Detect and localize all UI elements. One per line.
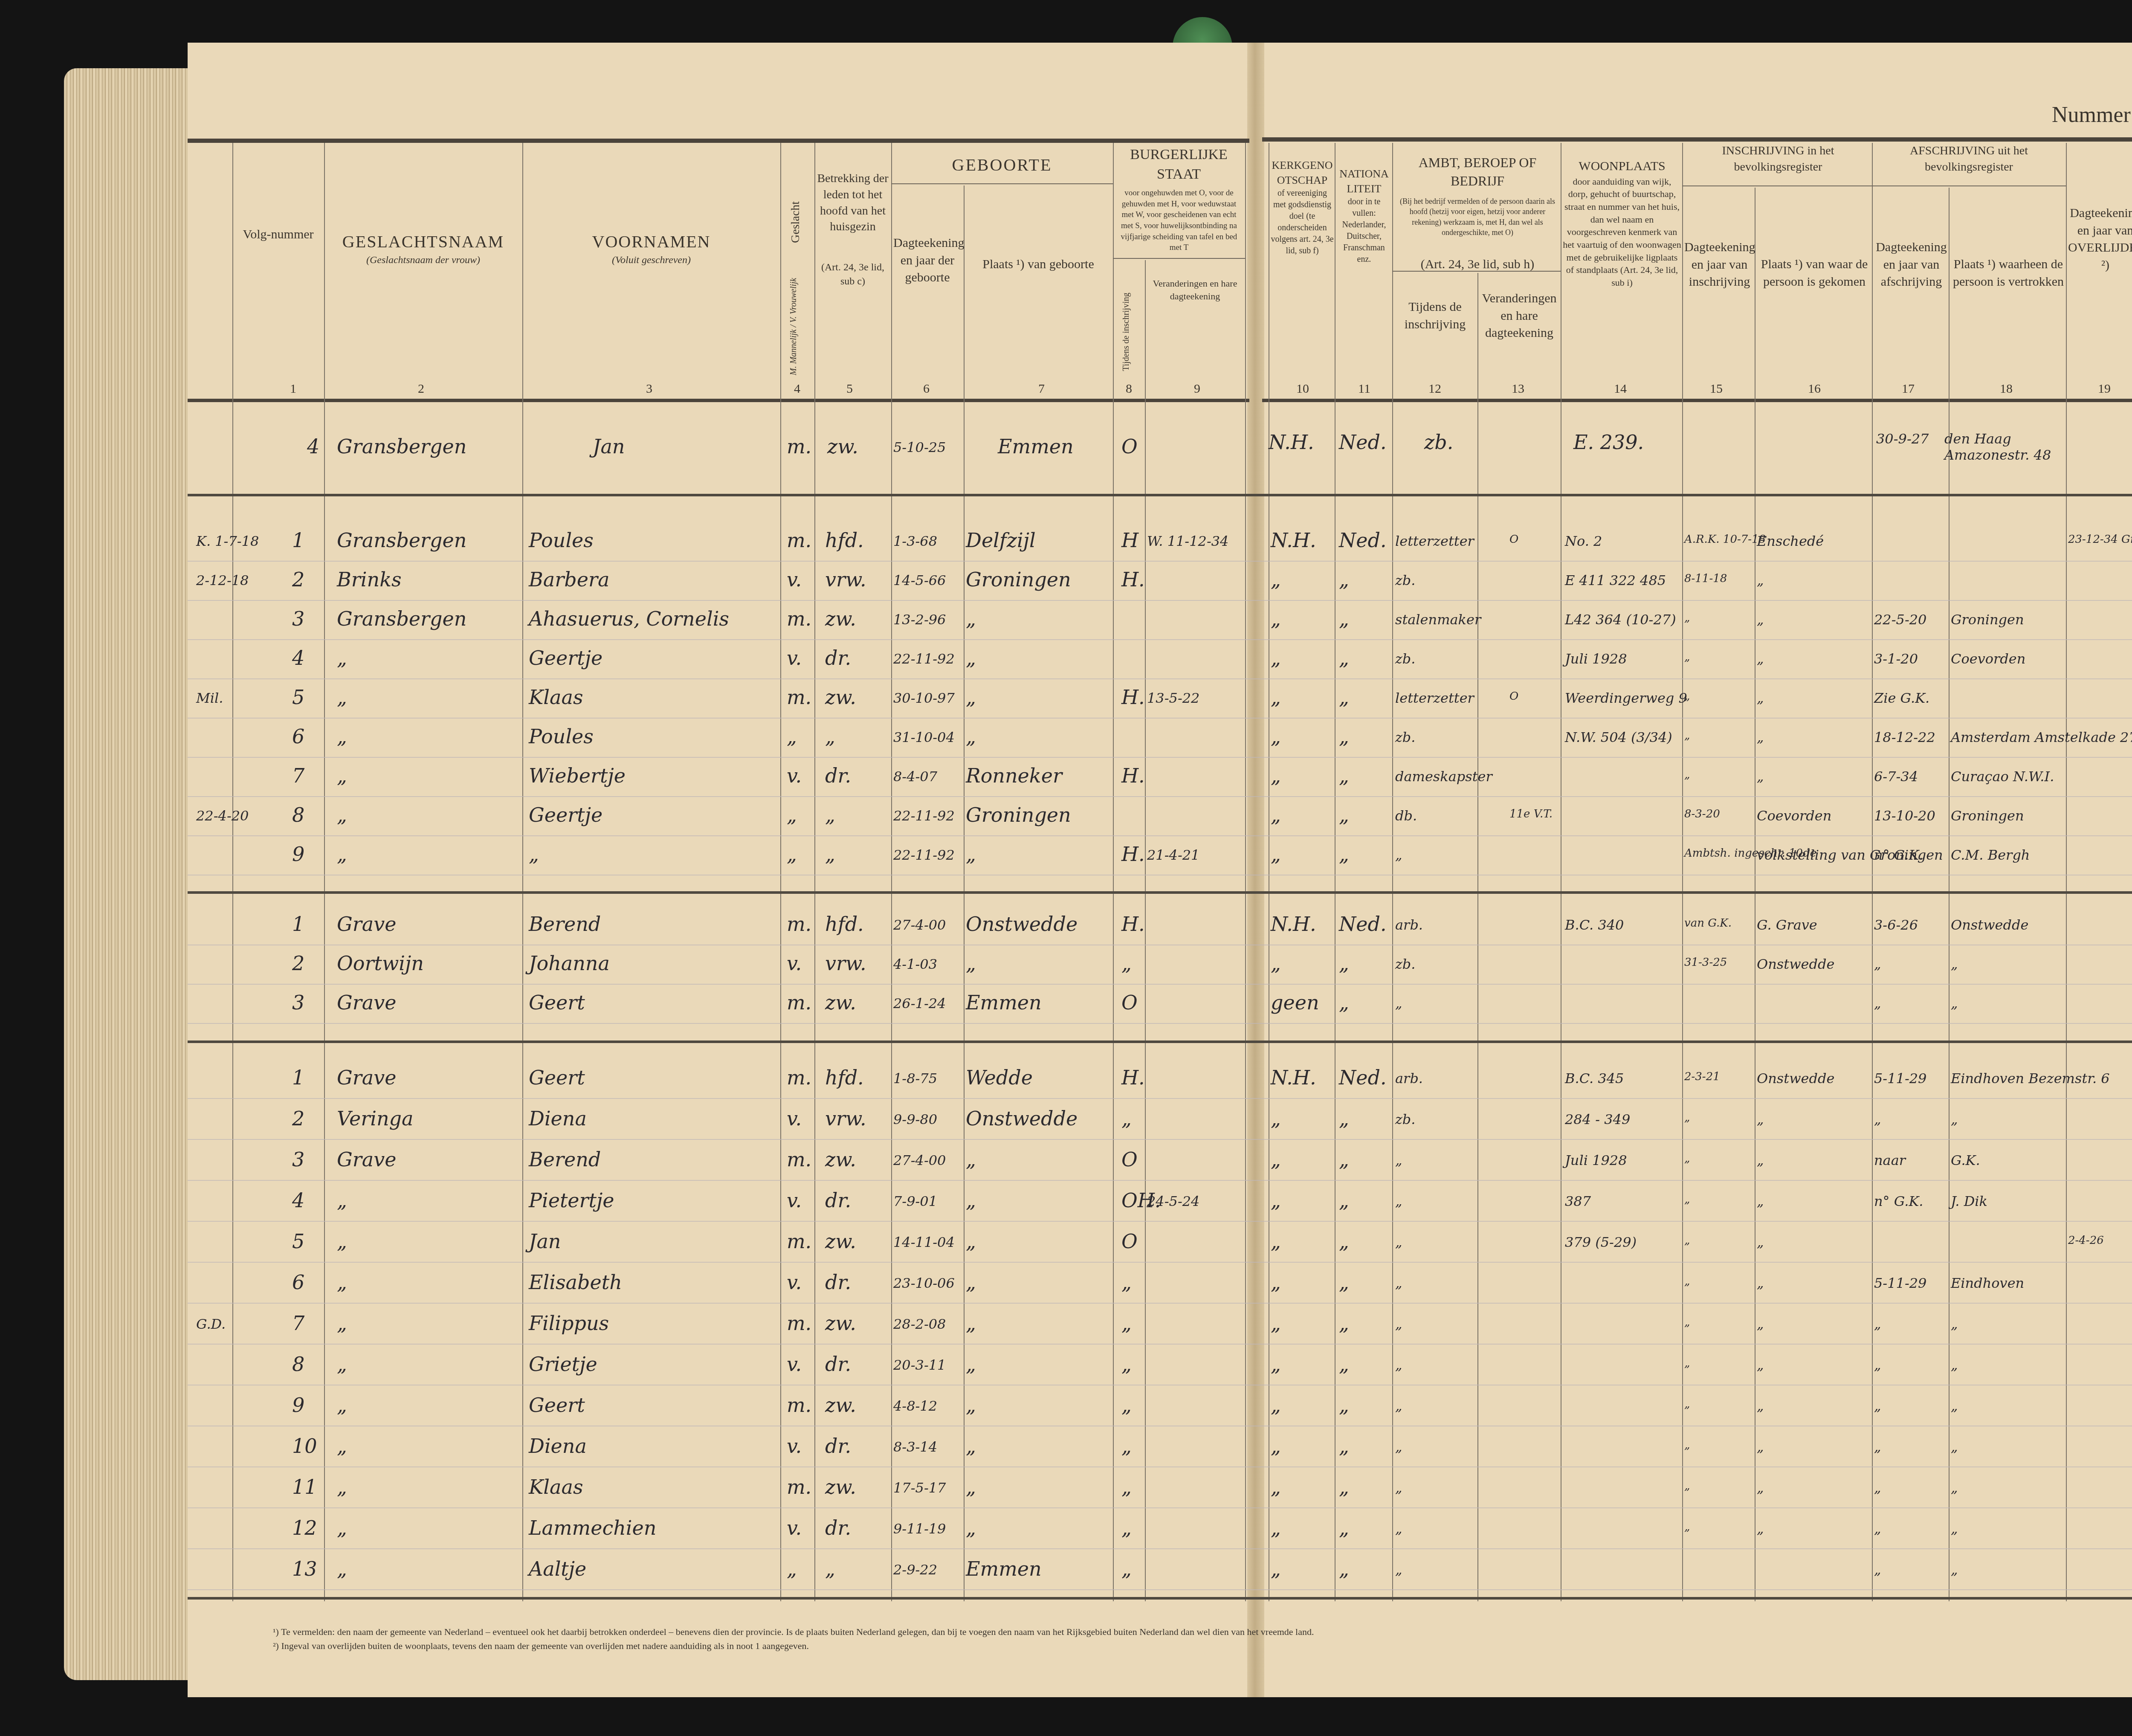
row-nr: 10 [292,1435,317,1458]
occupation: „ [1395,1357,1402,1373]
occupation: letterzetter [1395,533,1474,549]
out-date: 5-11-29 [1874,1275,1926,1291]
col-header-4: Geslacht [789,158,802,243]
birth-place: Emmen [966,991,1042,1014]
relation: zw. [825,1394,856,1417]
given-names: Lammechien [529,1516,656,1539]
in-date: „ [1684,729,1690,742]
civil-status: H. [1121,686,1145,709]
out-date: „ [1874,1316,1881,1332]
given-names: Jan [593,435,625,458]
given-names: Geert [529,1066,585,1089]
col-number: 2 [418,382,424,396]
ruled-line [188,1344,2132,1345]
given-names: Klaas [529,1475,583,1498]
sex: v. [787,1353,802,1376]
col-header-10-sub: of vereeniging met godsdienstig doel (te… [1271,188,1334,257]
in-date: „ [1684,1111,1690,1124]
nationality: „ [1339,1271,1349,1294]
sex: v. [787,568,802,591]
row-nr: 8 [292,803,304,826]
out-place: „ [1951,956,1958,972]
civil-status-change: W. 11-12-34 [1147,533,1228,549]
ruled-line [188,945,2132,945]
sex: v. [787,1107,802,1130]
civil-status: „ [1121,1353,1132,1376]
church: N.H. [1271,913,1316,936]
occupation: „ [1395,1521,1402,1537]
occupation-legend: (Bij het bedrijf vermelden of de persoon… [1396,196,1558,238]
civil-status: O [1121,1148,1138,1171]
church: N.H. [1269,431,1314,454]
relation: vrw. [825,1107,866,1130]
col-header-10-title: KERKGENOOTSCHAP [1271,158,1334,188]
col-header-11: NATIONALITEITdoor in te vullen: Nederlan… [1337,166,1391,265]
surname: Gransbergen [337,607,466,630]
row-nr: 11 [292,1475,317,1498]
birth-place: „ [966,1312,976,1335]
address: L42 364 (10-27) [1565,612,1676,628]
surname: Oortwijn [337,952,424,975]
given-names: Barbera [529,568,609,591]
out-place: „ [1951,1480,1958,1496]
birth-date: 14-5-66 [893,572,946,588]
sex: m. [787,1475,811,1498]
birth-date: 27-4-00 [893,917,946,933]
birth-date: 4-8-12 [893,1398,937,1414]
nationality: Ned. [1339,529,1387,552]
occupation: zb. [1395,1111,1416,1127]
surname: „ [337,1271,347,1294]
row-nr: 1 [292,1066,304,1089]
nationality: „ [1339,1353,1349,1376]
birth-place: Emmen [966,1557,1042,1580]
col-header-14-title: WOONPLAATS [1563,158,1681,175]
ruled-line [188,1548,2132,1549]
relation: zw. [825,686,856,709]
church: „ [1271,803,1281,826]
relation: zw. [825,607,856,630]
church: „ [1271,607,1281,630]
given-names: Filippus [529,1312,609,1335]
row-nr: 4 [292,1189,304,1212]
address: 387 [1565,1193,1591,1209]
civil-status: „ [1121,1271,1132,1294]
col-header-3-sub: (Voluit geschreven) [522,253,780,267]
out-place: Groningen [1951,808,2024,824]
occupation: „ [1395,1398,1402,1414]
surname: „ [337,1189,347,1212]
occupation: stalenmaker [1395,612,1481,628]
col-header-5-sub: (Art. 24, 3e lid, sub c) [817,261,889,288]
address: E. 239. [1573,431,1644,454]
birth-place: Ronneker [966,764,1062,787]
row-nr: 9 [292,1394,304,1417]
relation: vrw. [825,568,866,591]
col-header-14-sub: door aanduiding van wijk, dorp, gehucht … [1563,175,1681,289]
birth-date: 8-4-07 [893,768,937,785]
civil-status: H. [1121,1066,1145,1089]
in-place: „ [1757,768,1764,785]
page-edges [64,68,192,1680]
col-header-7: Plaats ¹) van geboorte [966,256,1111,273]
in-date: „ [1684,651,1690,664]
relation: „ [825,843,835,866]
given-names: Geertje [529,646,603,669]
ruled-line [188,1098,2132,1099]
sheet-number-label: Nummer van het blad [2052,102,2132,128]
birth-date: 22-11-92 [893,651,955,667]
relation: zw. [825,1475,856,1498]
occupation: arb. [1395,917,1423,933]
row-nr: 13 [292,1557,317,1580]
nationality: „ [1339,1189,1349,1212]
given-names: Klaas [529,686,583,709]
column-divider [522,143,523,1601]
out-date: „ [1874,995,1881,1011]
nationality: „ [1339,1230,1349,1253]
occupation: zb. [1395,956,1416,972]
surname: „ [337,1394,347,1417]
birth-place: „ [966,843,976,866]
sex: v. [787,1435,802,1458]
row-nr: 5 [292,1230,304,1253]
ruled-line [188,1262,2132,1263]
col-number: 17 [1902,382,1915,396]
church: „ [1271,1230,1281,1253]
birth-date: 17-5-17 [893,1480,946,1496]
civil-status: „ [1121,1475,1132,1498]
col-header-11-sub: door in te vullen: Nederlander, Duitsche… [1337,196,1391,265]
out-place: Eindhoven Bezemstr. 6 [1951,1070,2110,1087]
ruled-line [188,718,2132,719]
birth-place: „ [966,607,976,630]
address: E 411 322 485 [1565,572,1666,588]
out-date: Zie G.K. [1874,690,1929,706]
out-place: „ [1951,1316,1958,1332]
out-date: 30-9-27 [1876,431,1929,447]
occupation: „ [1395,847,1402,863]
in-date: A.R.K. 10-7-18 [1684,533,1766,546]
in-place: „ [1757,612,1764,628]
sex: m. [787,1394,811,1417]
address: No. 2 [1565,533,1602,549]
out-date: n° G.K. [1874,1193,1923,1209]
margin-note: 2-12-18 [196,572,249,588]
out-date: naar [1874,1152,1906,1168]
sex: m. [787,1066,811,1089]
civil-status: O [1121,435,1138,458]
surname: „ [337,646,347,669]
col-number: 8 [1126,382,1132,396]
out-place: „ [1951,1398,1958,1414]
church: „ [1271,1475,1281,1498]
col-number: 4 [794,382,800,396]
civil-status: „ [1121,952,1132,975]
col-number: 3 [646,382,652,396]
col-number: 12 [1428,382,1441,396]
in-date: „ [1684,1316,1690,1329]
margin-note: K. 1-7-18 [196,533,259,549]
birth-place: „ [966,1516,976,1539]
column-divider [1113,143,1114,1601]
birth-date: 1-3-68 [893,533,937,549]
occupation: „ [1395,1562,1402,1578]
column-divider [1755,188,1755,1601]
col-number: 15 [1710,382,1723,396]
col-number: 1 [290,382,296,396]
ruled-line [188,1139,2132,1140]
ruled-line [188,1466,2132,1467]
sex: v. [787,1271,802,1294]
out-date: „ [1874,1562,1881,1578]
margin-note: Mil. [196,690,223,706]
relation: hfd. [825,913,864,936]
column-divider [324,143,325,1601]
given-names: „ [529,843,539,866]
birth-date: 4-1-03 [893,956,937,972]
relation: zw. [825,1148,856,1171]
occupation: „ [1395,995,1402,1011]
address: Weerdingerweg 9 [1565,690,1687,706]
column-divider [1269,143,1269,1601]
nationality: „ [1339,725,1349,748]
ruled-line [188,757,2132,758]
birth-place: Wedde [966,1066,1033,1089]
column-divider [1682,143,1683,1601]
given-names: Pietertje [529,1189,614,1212]
nationality: „ [1339,1516,1349,1539]
surname: „ [337,803,347,826]
ruled-line [188,796,2132,797]
in-place: Onstwedde [1757,956,1834,972]
sex: m. [787,913,811,936]
civil-status: „ [1121,1557,1132,1580]
nationality: „ [1339,952,1349,975]
civil-status: H. [1121,764,1145,787]
birth-date: 22-11-92 [893,808,955,824]
given-names: Elisabeth [529,1271,622,1294]
civil-status: „ [1121,1394,1132,1417]
birth-date: 31-10-04 [893,729,955,745]
nationality: „ [1339,991,1349,1014]
out-date: „ [1874,956,1881,972]
out-date: „ [1874,1398,1881,1414]
relation: hfd. [825,1066,864,1089]
relation: zw. [827,435,858,458]
birth-place: „ [966,1230,976,1253]
surname: Grave [337,1066,396,1089]
in-place: Coevorden [1757,808,1831,824]
given-names: Geertje [529,803,603,826]
col-header-9: Veranderingen en hare dagteekening [1147,277,1243,302]
column-divider [1335,143,1335,1601]
in-date: „ [1684,1275,1690,1288]
column-divider [1949,188,1950,1601]
out-date: 22-5-20 [1874,612,1926,628]
group-rule [1682,185,2066,186]
col-header-19: Dagteekening en jaar van OVERLIJDEN ²) [2068,205,2132,274]
church: „ [1271,686,1281,709]
birth-place: Groningen [966,568,1071,591]
col-number: 5 [846,382,853,396]
church: „ [1271,1148,1281,1171]
in-place: „ [1757,572,1764,588]
nationality: „ [1339,1107,1349,1130]
birth-place: „ [966,1435,976,1458]
civil-status-change: 13-5-22 [1147,690,1199,706]
nationality: Ned. [1339,1066,1387,1089]
nationality: „ [1339,607,1349,630]
surname: Gransbergen [337,529,466,552]
in-date: „ [1684,1193,1690,1206]
row-nr: 2 [292,568,304,591]
given-names: Berend [529,1148,601,1171]
birth-date: 14-11-04 [893,1234,955,1250]
relation: zw. [825,1230,856,1253]
given-names: Diena [529,1107,587,1130]
in-date: 8-11-18 [1684,572,1727,585]
birth-date: 20-3-11 [893,1357,946,1373]
in-place: „ [1757,1439,1764,1455]
address: N.W. 504 (3/34) [1565,729,1672,745]
col-header-11-title: NATIONALITEIT [1337,166,1391,196]
sex: „ [787,1557,797,1580]
ruled-line [188,1385,2132,1385]
group-rule [891,183,1113,184]
birth-date: 2-9-22 [893,1562,937,1578]
household-separator [188,1040,2132,1043]
col-header-2-title: GESLACHTSNAAM [324,230,522,253]
out-place: „ [1951,1562,1958,1578]
sex: v. [787,646,802,669]
nationality: Ned. [1339,913,1387,936]
church: „ [1271,1516,1281,1539]
col-number: 16 [1808,382,1821,396]
out-place: J. Dik [1951,1193,1987,1209]
footnote-2: ²) Ingeval van overlijden buiten de woon… [273,1639,1314,1653]
col-header-3-title: VOORNAMEN [522,230,780,253]
in-place: „ [1757,1357,1764,1373]
occupation: „ [1395,1193,1402,1209]
birth-date: 23-10-06 [893,1275,955,1291]
birth-place: „ [966,1475,976,1498]
ruled-line [188,678,2132,679]
sex: m. [787,1230,811,1253]
birth-place: „ [966,1394,976,1417]
death-date: 23-12-34 Groningen 11-12-34 [2068,533,2132,546]
surname: Grave [337,1148,396,1171]
row-nr: 1 [292,913,304,936]
in-date: 31-3-25 [1684,956,1727,969]
ruled-line [188,1303,2132,1304]
sex: v. [787,764,802,787]
col-header-16: Plaats ¹) van waar de persoon is gekomen [1757,256,1872,290]
relation: dr. [825,1435,851,1458]
church: „ [1271,1271,1281,1294]
occupation: arb. [1395,1070,1423,1087]
register-book: Nummer van het blad Volg-nummer GESLACHT… [0,0,2132,1736]
birth-place: „ [966,1189,976,1212]
occupation: „ [1395,1152,1402,1168]
given-names: Grietje [529,1353,597,1376]
out-date: n° G.K. [1874,847,1923,863]
in-date: „ [1684,1398,1690,1411]
column-divider [2066,143,2067,1601]
relation: dr. [825,1516,851,1539]
occupation: zb. [1395,651,1416,667]
occupation: zb. [1424,431,1453,454]
out-place: Amsterdam Amstelkade 27 [1951,729,2132,745]
address: 379 (5-29) [1565,1234,1637,1250]
birth-date: 9-11-19 [893,1521,946,1537]
church: „ [1271,646,1281,669]
col-group-afschrijving: AFSCHRIJVING uit het bevolkingsregister [1872,143,2066,175]
col-number: 11 [1358,382,1370,396]
birth-date: 26-1-24 [893,995,946,1011]
birth-date: 7-9-01 [893,1193,937,1209]
birth-place: „ [966,686,976,709]
footnote-1: ¹) Te vermelden: den naam der gemeente v… [273,1625,1314,1639]
church: „ [1271,1189,1281,1212]
relation: dr. [825,1353,851,1376]
out-place: Groningen [1951,612,2024,628]
surname: Grave [337,913,396,936]
occupation: dameskapster [1395,768,1492,785]
group-rule [1113,258,1245,259]
address: 284 - 349 [1565,1111,1630,1127]
surname: Brinks [337,568,402,591]
church: geen [1271,991,1319,1014]
relation: „ [825,725,835,748]
col-header-18: Plaats ¹) waarheen de persoon is vertrok… [1951,256,2066,290]
ruled-line [188,1507,2132,1508]
column-divider [232,143,233,1601]
ruled-line [188,875,2132,875]
church: „ [1271,1435,1281,1458]
death-date: 2-4-26 [2068,1234,2104,1247]
birth-date: 27-4-00 [893,1152,946,1168]
col-number: 18 [2000,382,2013,396]
civil-status-change: 24-5-24 [1147,1193,1199,1209]
civil-status: „ [1121,1516,1132,1539]
church: „ [1271,1394,1281,1417]
birth-date: 8-3-14 [893,1439,937,1455]
sex: v. [787,1516,802,1539]
out-place: „ [1951,995,1958,1011]
sex: v. [787,1189,802,1212]
out-place: Onstwedde [1951,917,2028,933]
col-header-15: Dagteekening en jaar van inschrijving [1684,239,1755,291]
surname: „ [337,764,347,787]
surname: „ [337,1353,347,1376]
occupation: db. [1395,808,1417,824]
out-date: 3-1-20 [1874,651,1918,667]
nationality: Ned. [1339,431,1387,454]
occupation-change: O [1509,690,1518,703]
col-header-1: Volg-nummer [232,226,324,243]
birth-place: Onstwedde [966,1107,1078,1130]
birth-place: „ [966,1271,976,1294]
civil-status: H. [1121,568,1145,591]
ruled-line [188,984,2132,985]
nationality: „ [1339,646,1349,669]
row-nr: 7 [292,1312,304,1335]
col-group-inschrijving: INSCHRIJVING in het bevolkingsregister [1682,143,1874,175]
civil-status-legend: voor ongehuwden met O, voor de gehuwden … [1115,188,1243,253]
occupation: letterzetter [1395,690,1474,706]
sex: m. [787,1312,811,1335]
